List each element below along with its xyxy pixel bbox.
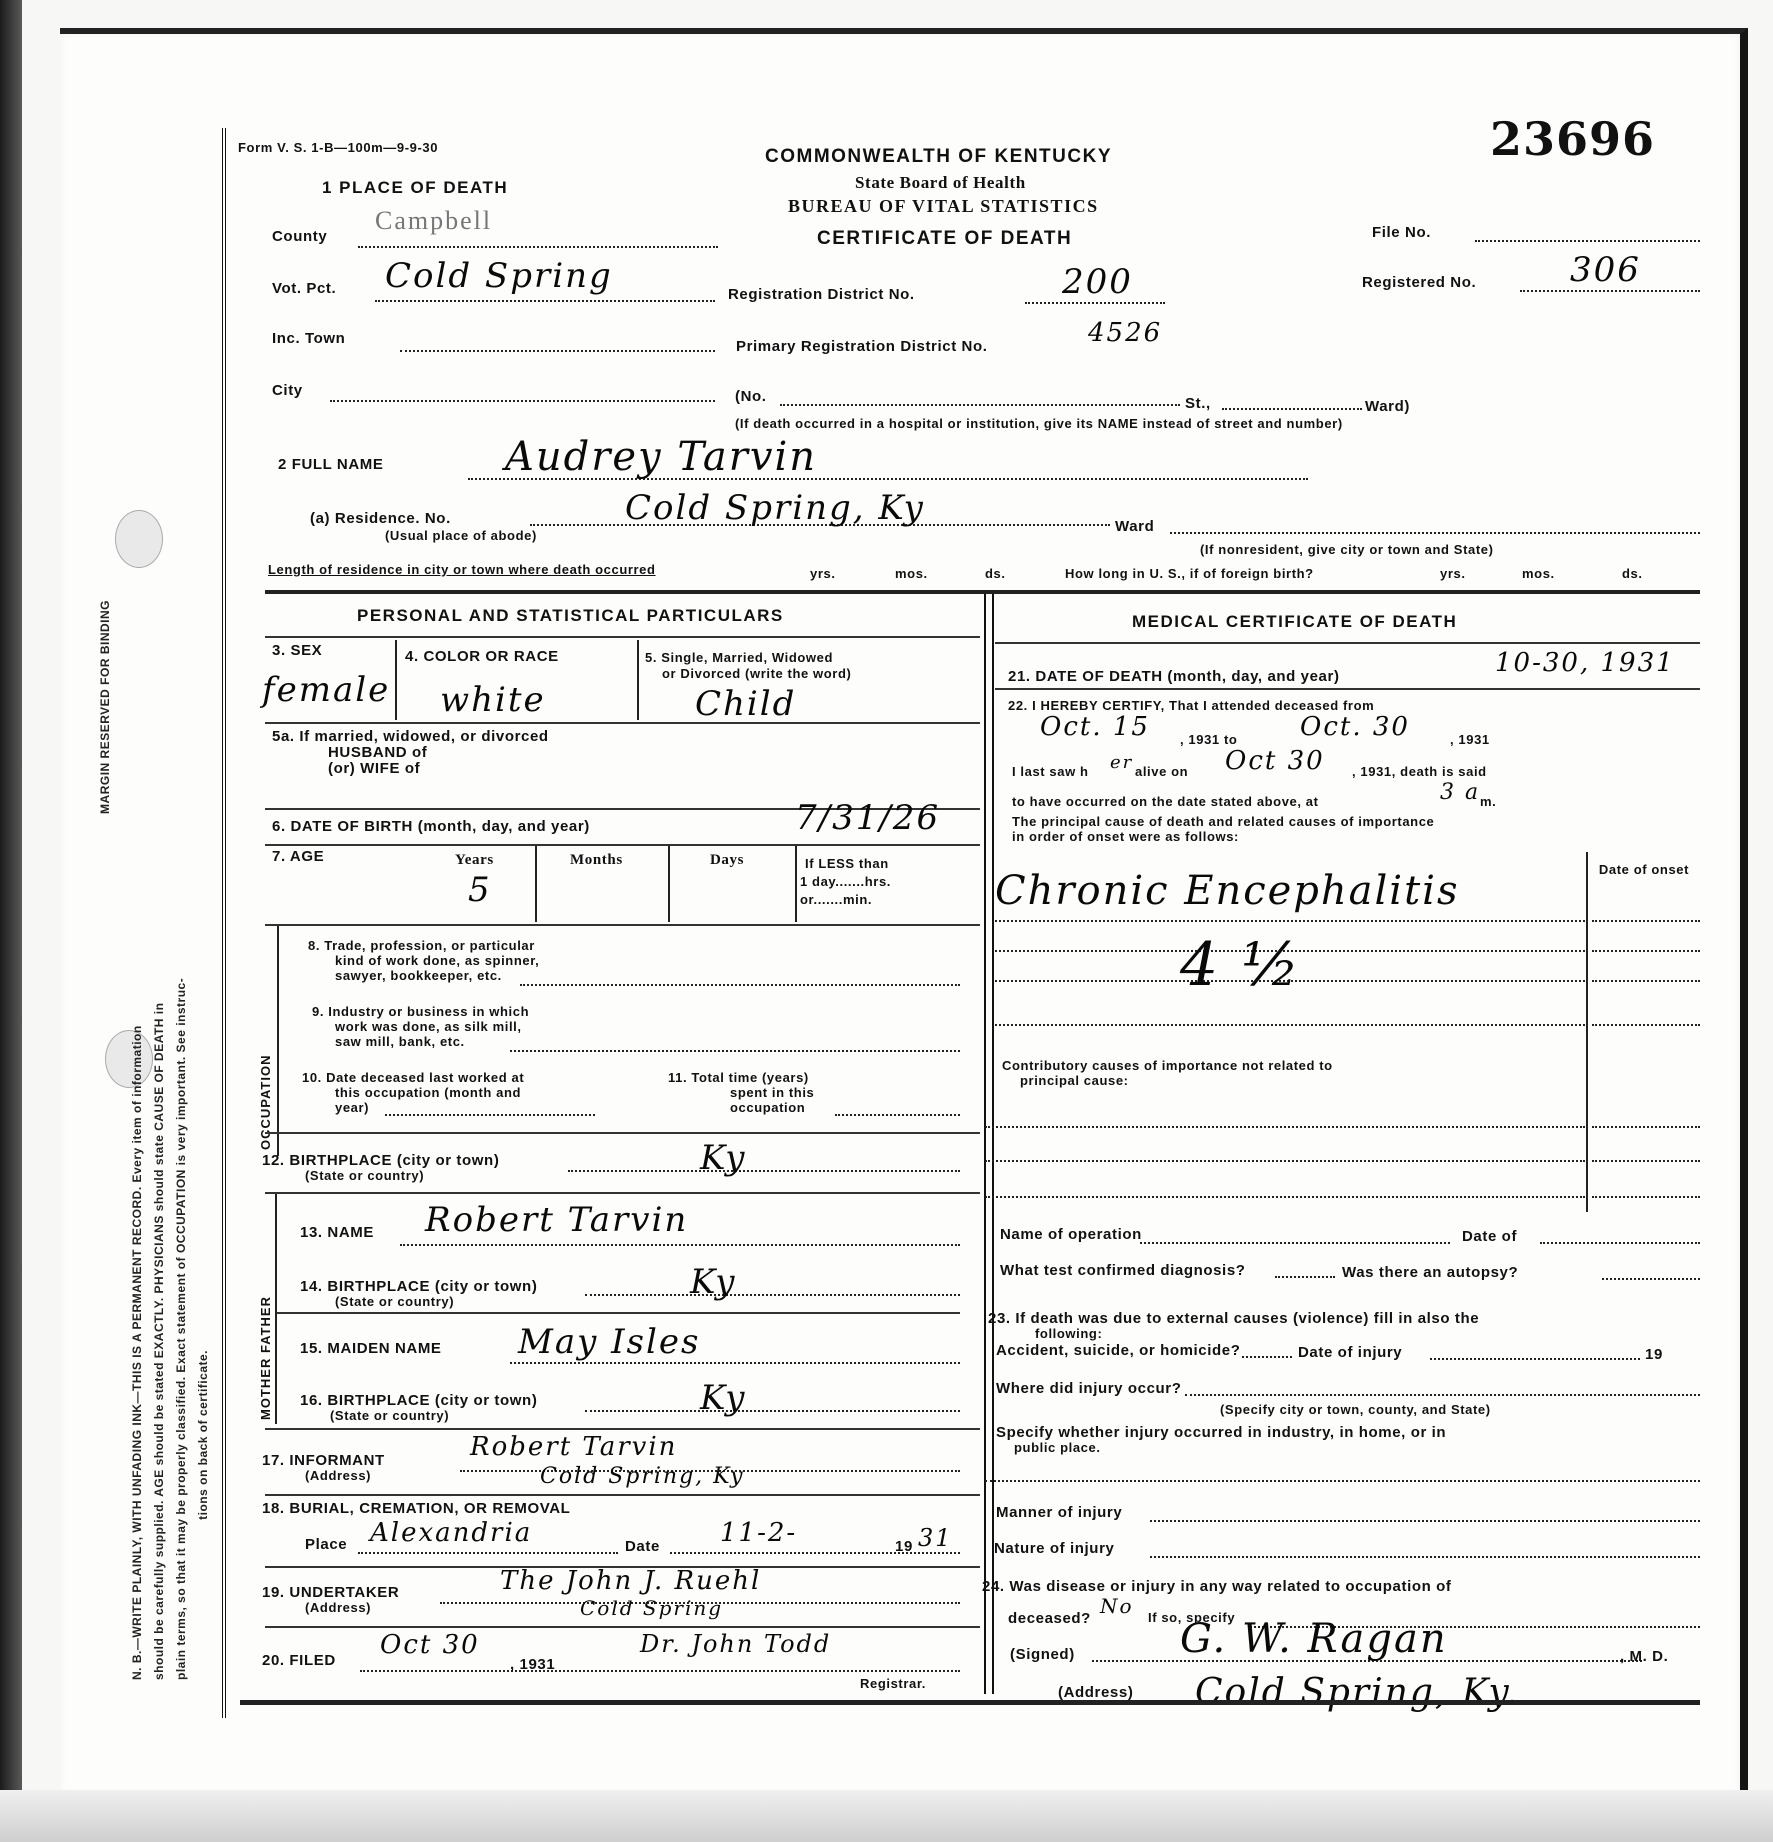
industry-label-2: work was done, as silk mill, xyxy=(335,1019,522,1034)
divider xyxy=(395,640,397,720)
total-time-label-1: 11. Total time (years) xyxy=(668,1070,809,1085)
divider xyxy=(637,640,639,720)
undertaker-value: The John J. Ruehl xyxy=(500,1566,761,1596)
father-name-label: 13. NAME xyxy=(300,1224,374,1241)
contributory-label-2: principal cause: xyxy=(1020,1073,1129,1088)
onset-line[interactable] xyxy=(1592,980,1700,982)
cause-line-4[interactable] xyxy=(995,1024,1585,1026)
divider xyxy=(265,1626,980,1628)
burial-label: 18. BURIAL, CREMATION, OR REMOVAL xyxy=(262,1500,570,1517)
foreign-yrs-label: yrs. xyxy=(1440,566,1466,581)
inc-town-label: Inc. Town xyxy=(272,330,345,347)
burial-date-label: Date xyxy=(625,1538,660,1555)
burial-year-prefix: 19 xyxy=(895,1538,913,1555)
mother-maiden-value: May Isles xyxy=(518,1322,700,1362)
undertaker-address: Cold Spring xyxy=(580,1596,723,1620)
divider xyxy=(265,636,980,638)
onset-line[interactable] xyxy=(1592,1024,1700,1026)
bottom-rule xyxy=(240,1700,1700,1705)
total-time-label-3: occupation xyxy=(730,1100,805,1115)
scan-edge xyxy=(0,0,22,1842)
file-no-field[interactable] xyxy=(1475,240,1700,242)
burial-date-field[interactable] xyxy=(670,1552,960,1554)
certificate-title: CERTIFICATE OF DEATH xyxy=(817,228,1072,250)
occupation-vertical-label: OCCUPATION xyxy=(258,935,273,1150)
last-saw-pronoun: er xyxy=(1110,752,1133,773)
father-birthplace-label: 14. BIRTHPLACE (city or town) xyxy=(300,1278,537,1295)
last-saw-label: I last saw h xyxy=(1012,764,1089,779)
date-of-onset-label: Date of onset xyxy=(1598,862,1690,877)
hospital-note: (If death occurred in a hospital or inst… xyxy=(735,416,1343,431)
onset-column-divider xyxy=(1586,852,1588,1212)
divider xyxy=(265,1494,980,1496)
state-heading: COMMONWEALTH OF KENTUCKY xyxy=(765,146,1112,168)
specify-label-1: Specify whether injury occurred in indus… xyxy=(996,1424,1446,1441)
deceased-value: No xyxy=(1100,1594,1134,1618)
operation-label: Name of operation xyxy=(1000,1226,1142,1243)
residence-ward-label: Ward xyxy=(1115,518,1154,535)
registered-no-label: Registered No. xyxy=(1362,274,1476,291)
dod-label: 21. DATE OF DEATH (month, day, and year) xyxy=(1008,668,1340,685)
last-worked-label-2: this occupation (month and xyxy=(335,1085,521,1100)
registered-no-field[interactable] xyxy=(1520,290,1700,292)
specify-label-2: public place. xyxy=(1014,1440,1101,1455)
signed-label: (Signed) xyxy=(1010,1646,1075,1663)
spouse-husband-label: HUSBAND of xyxy=(328,744,427,761)
total-time-label-2: spent in this xyxy=(730,1085,814,1100)
primary-registration-value: 4526 xyxy=(1088,318,1162,348)
foreign-birth-label: How long in U. S., if of foreign birth? xyxy=(1065,566,1314,581)
burial-date-value: 11-2- xyxy=(720,1518,797,1548)
trade-field[interactable] xyxy=(520,984,960,986)
instructions-line-4: tions on back of certificate. xyxy=(196,1350,210,1520)
registration-district-label: Registration District No. xyxy=(728,286,915,303)
undertaker-label: 19. UNDERTAKER xyxy=(262,1584,399,1601)
onset-line[interactable] xyxy=(1592,920,1700,922)
father-name-value: Robert Tarvin xyxy=(425,1200,688,1240)
sex-label: 3. SEX xyxy=(272,642,322,659)
medical-section-title: MEDICAL CERTIFICATE OF DEATH xyxy=(1132,612,1457,632)
nature-label: Nature of injury xyxy=(994,1540,1114,1557)
registration-district-field[interactable] xyxy=(1025,302,1165,304)
attended-from-value: Oct. 15 xyxy=(1040,712,1150,742)
divider xyxy=(265,722,980,724)
industry-field[interactable] xyxy=(510,1050,960,1052)
injury-year-label: 19 xyxy=(1645,1346,1663,1363)
vot-pct-field[interactable] xyxy=(375,300,715,302)
birthplace-field[interactable] xyxy=(568,1170,960,1172)
age-months-label: Months xyxy=(570,852,623,869)
residence-ward-field[interactable] xyxy=(1170,532,1700,534)
full-name-value: Audrey Tarvin xyxy=(505,434,817,480)
age-years-label: Years xyxy=(455,852,494,869)
divider xyxy=(265,1132,980,1134)
informant-sub: (Address) xyxy=(305,1468,371,1483)
total-time-field[interactable] xyxy=(835,1114,960,1116)
informant-address: Cold Spring, Ky xyxy=(540,1464,745,1489)
marital-value: Child xyxy=(695,684,796,724)
industry-label-3: saw mill, bank, etc. xyxy=(335,1034,465,1049)
place-of-death-heading: 1 PLACE OF DEATH xyxy=(322,178,508,198)
physician-address-label: (Address) xyxy=(1058,1684,1133,1701)
operation-field[interactable] xyxy=(1140,1242,1450,1244)
certify-label: 22. I HEREBY CERTIFY, That I attended de… xyxy=(1008,698,1374,713)
inc-town-field[interactable] xyxy=(400,350,715,352)
informant-value: Robert Tarvin xyxy=(470,1432,677,1462)
divider xyxy=(265,924,980,926)
alive-on-label: alive on xyxy=(1135,764,1188,779)
occurred-label: to have occurred on the date stated abov… xyxy=(1012,794,1319,809)
divider xyxy=(265,1428,980,1430)
instructions-line-2: should be carefully supplied. AGE should… xyxy=(152,180,166,1680)
divider xyxy=(795,846,797,922)
residence-value: Cold Spring, Ky xyxy=(625,488,925,528)
less-than-label: If LESS than xyxy=(805,856,889,871)
principal-cause-label-1: The principal cause of death and related… xyxy=(1012,814,1434,829)
filed-label: 20. FILED xyxy=(262,1652,336,1669)
dob-label: 6. DATE OF BIRTH (month, day, and year) xyxy=(272,818,590,835)
less-min-label: or.......min. xyxy=(800,892,872,907)
burial-year-value: 31 xyxy=(918,1524,953,1552)
ward-label: Ward) xyxy=(1365,398,1410,415)
registrar-label: Registrar. xyxy=(860,1676,926,1691)
accident-field[interactable] xyxy=(1242,1356,1292,1358)
marital-sub: or Divorced (write the word) xyxy=(662,666,851,681)
accident-label: Accident, suicide, or homicide? xyxy=(996,1342,1240,1359)
divider xyxy=(995,642,1700,644)
spouse-label: 5a. If married, widowed, or divorced xyxy=(272,728,549,745)
filed-year: , 1931 xyxy=(510,1656,555,1673)
where-injury-field[interactable] xyxy=(1185,1394,1700,1396)
last-worked-field[interactable] xyxy=(385,1114,595,1116)
cause-line-1[interactable] xyxy=(995,920,1585,922)
occurred-meridian: m. xyxy=(1480,794,1496,809)
manner-label: Manner of injury xyxy=(996,1504,1122,1521)
burial-place-field[interactable] xyxy=(358,1552,618,1554)
spouse-wife-label: (or) WIFE of xyxy=(328,760,420,777)
last-saw-year: , 1931, death is said xyxy=(1352,764,1487,779)
instructions-line-3: plain terms, so that it may be properly … xyxy=(174,180,188,1680)
mother-maiden-label: 15. MAIDEN NAME xyxy=(300,1340,442,1357)
attended-to-year: , 1931 xyxy=(1450,732,1490,747)
registration-district-value: 200 xyxy=(1062,262,1133,302)
specify-field[interactable] xyxy=(985,1480,1700,1482)
registered-no-value: 306 xyxy=(1570,250,1641,290)
vot-pct-value: Cold Spring xyxy=(385,256,613,296)
filed-date-value: Oct 30 xyxy=(380,1630,480,1660)
external-causes-label-1: 23. If death was due to external causes … xyxy=(988,1310,1479,1327)
nature-field[interactable] xyxy=(1150,1556,1700,1558)
last-saw-value: Oct 30 xyxy=(1225,746,1325,776)
punch-hole xyxy=(105,1030,153,1088)
age-days-label: Days xyxy=(710,852,744,869)
trade-label-3: sawyer, bookkeeper, etc. xyxy=(335,968,502,983)
bureau-heading: BUREAU OF VITAL STATISTICS xyxy=(788,196,1099,217)
ward-field[interactable] xyxy=(1222,408,1362,410)
occupation-related-label: 24. Was disease or injury in any way rel… xyxy=(982,1578,1452,1595)
section-divider xyxy=(265,590,1700,594)
birthplace-sub: (State or country) xyxy=(305,1168,424,1183)
registrar-signature: Dr. John Todd xyxy=(640,1630,831,1658)
divider xyxy=(668,846,670,922)
sex-value: female xyxy=(262,670,390,710)
filed-field[interactable] xyxy=(360,1670,960,1672)
divider xyxy=(535,846,537,922)
injury-date-label: Date of injury xyxy=(1298,1344,1402,1361)
divider xyxy=(995,688,1700,690)
city-field[interactable] xyxy=(330,400,715,402)
column-divider xyxy=(984,594,994,1694)
divider xyxy=(277,926,279,1156)
injury-date-field[interactable] xyxy=(1430,1358,1640,1360)
attended-to-value: Oct. 30 xyxy=(1300,712,1410,742)
onset-line[interactable] xyxy=(1592,950,1700,952)
father-birthplace-field[interactable] xyxy=(585,1294,960,1296)
dob-value: 7/31/26 xyxy=(795,798,940,838)
form-code: Form V. S. 1-B—100m—9-9-30 xyxy=(238,140,438,155)
board-heading: State Board of Health xyxy=(855,173,1026,193)
contributory-line-1[interactable] xyxy=(985,1126,1585,1128)
length-mos-label: mos. xyxy=(895,566,928,581)
personal-section-title: PERSONAL AND STATISTICAL PARTICULARS xyxy=(357,606,784,626)
autopsy-field[interactable] xyxy=(1602,1278,1700,1280)
city-label: City xyxy=(272,382,303,399)
less-hrs-label: 1 day.......hrs. xyxy=(800,874,891,889)
marital-label: 5. Single, Married, Widowed xyxy=(645,650,833,665)
contributory-line-2[interactable] xyxy=(985,1160,1585,1162)
occurred-time: 3 a xyxy=(1440,780,1480,805)
industry-label-1: 9. Industry or business in which xyxy=(312,1004,529,1019)
attended-from-year: , 1931 to xyxy=(1180,732,1237,747)
birthplace-value: Ky xyxy=(700,1138,746,1178)
certificate-number: 23696 xyxy=(1490,112,1655,166)
full-name-label: 2 FULL NAME xyxy=(278,456,384,473)
file-no-label: File No. xyxy=(1372,224,1431,241)
parents-vertical-label: MOTHER FATHER xyxy=(258,1200,273,1420)
mother-maiden-field[interactable] xyxy=(510,1362,960,1364)
manner-field[interactable] xyxy=(1150,1520,1700,1522)
no-label: (No. xyxy=(735,388,767,405)
divider xyxy=(265,1192,980,1194)
length-ds-label: ds. xyxy=(985,566,1006,581)
test-label: What test confirmed diagnosis? xyxy=(1000,1262,1246,1279)
contributory-label-1: Contributory causes of importance not re… xyxy=(1002,1058,1333,1073)
residence-label: (a) Residence. No. xyxy=(310,510,451,527)
length-yrs-label: yrs. xyxy=(810,566,836,581)
mother-birthplace-value: Ky xyxy=(700,1378,746,1418)
divider xyxy=(277,1312,960,1314)
onset-line[interactable] xyxy=(1592,1160,1700,1162)
onset-duration-value: 4 ½ xyxy=(1180,930,1301,1000)
county-value: Campbell xyxy=(375,206,492,236)
st-label: St., xyxy=(1185,395,1211,412)
physician-signature: G. W. Ragan xyxy=(1180,1616,1448,1662)
principal-cause-value: Chronic Encephalitis xyxy=(995,868,1459,914)
dod-value: 10-30, 1931 xyxy=(1495,648,1675,678)
external-causes-label-2: following: xyxy=(1035,1326,1102,1341)
undertaker-sub: (Address) xyxy=(305,1600,371,1615)
mother-birthplace-field[interactable] xyxy=(585,1410,960,1412)
county-label: County xyxy=(272,228,327,245)
vot-pct-label: Vot. Pct. xyxy=(272,280,336,297)
trade-label-2: kind of work done, as spinner, xyxy=(335,953,539,968)
last-worked-label-1: 10. Date deceased last worked at xyxy=(302,1070,524,1085)
length-of-residence-label: Length of residence in city or town wher… xyxy=(268,562,656,577)
primary-registration-label: Primary Registration District No. xyxy=(736,338,988,355)
race-label: 4. COLOR OR RACE xyxy=(405,648,559,665)
mother-birthplace-sub: (State or country) xyxy=(330,1408,449,1423)
father-birthplace-sub: (State or country) xyxy=(335,1294,454,1309)
principal-cause-label-2: in order of onset were as follows: xyxy=(1012,829,1239,844)
street-number-field[interactable] xyxy=(780,404,1180,406)
operation-date-field[interactable] xyxy=(1540,1242,1700,1244)
md-label: , M. D. xyxy=(1620,1648,1668,1665)
instructions-line-1: N. B.—WRITE PLAINLY, WITH UNFADING INK—T… xyxy=(130,180,144,1680)
where-injury-label: Where did injury occur? xyxy=(996,1380,1182,1397)
age-label: 7. AGE xyxy=(272,848,324,865)
age-years-value: 5 xyxy=(468,870,492,910)
burial-place-label: Place xyxy=(305,1536,347,1553)
birthplace-label: 12. BIRTHPLACE (city or town) xyxy=(262,1152,499,1169)
foreign-ds-label: ds. xyxy=(1622,566,1643,581)
binding-margin-text: MARGIN RESERVED FOR BINDING xyxy=(98,600,112,814)
divider xyxy=(265,844,980,846)
onset-line[interactable] xyxy=(1592,1126,1700,1128)
test-field[interactable] xyxy=(1275,1276,1335,1278)
county-field[interactable] xyxy=(358,246,718,248)
deceased-label: deceased? xyxy=(1008,1610,1091,1627)
mother-birthplace-label: 16. BIRTHPLACE (city or town) xyxy=(300,1392,537,1409)
onset-line[interactable] xyxy=(1592,1196,1700,1198)
operation-date-label: Date of xyxy=(1462,1228,1517,1245)
burial-place-value: Alexandria xyxy=(370,1518,532,1548)
last-worked-label-3: year) xyxy=(335,1100,369,1115)
father-birthplace-value: Ky xyxy=(690,1262,736,1302)
foreign-mos-label: mos. xyxy=(1522,566,1555,581)
autopsy-label: Was there an autopsy? xyxy=(1342,1264,1518,1281)
race-value: white xyxy=(440,680,546,720)
divider xyxy=(275,1194,277,1424)
contributory-line-3[interactable] xyxy=(985,1196,1585,1198)
informant-label: 17. INFORMANT xyxy=(262,1452,385,1469)
scan-bottom-edge xyxy=(0,1790,1773,1842)
father-name-field[interactable] xyxy=(400,1244,960,1246)
trade-label-1: 8. Trade, profession, or particular xyxy=(308,938,535,953)
nonresident-note: (If nonresident, give city or town and S… xyxy=(1200,542,1494,557)
physician-address-value: Cold Spring, Ky. xyxy=(1195,1672,1519,1713)
where-injury-sub: (Specify city or town, county, and State… xyxy=(1220,1402,1491,1417)
residence-sub: (Usual place of abode) xyxy=(385,528,537,543)
